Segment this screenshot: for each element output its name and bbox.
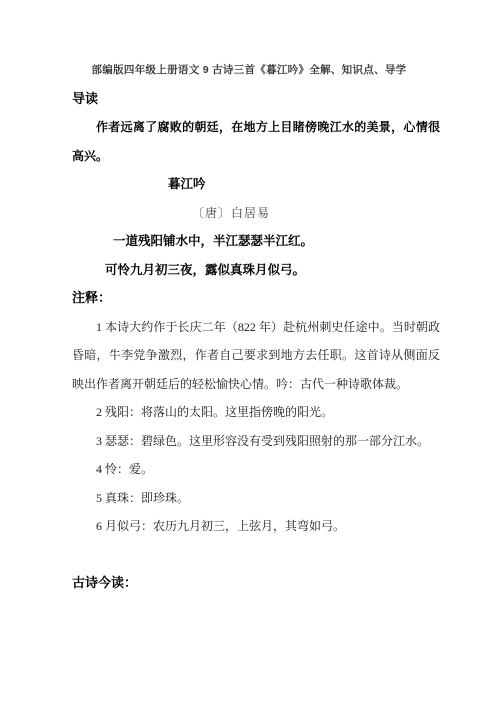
note-item: 4 怜：爱。 [72,455,440,484]
poem-title: 暮江吟 [168,170,440,199]
document-title: 部编版四年级上册语文 9 古诗三首《暮江吟》全解、知识点、导学 [58,56,440,85]
poem-author: 〔唐〕白居易 [192,199,440,228]
notes-heading: 注释： [72,284,440,313]
note-item: 3 瑟瑟：碧绿色。这里形容没有受到残阳照射的那一部分江水。 [72,427,440,456]
note-item: 1 本诗大约作于长庆二年（822 年）赴杭州刺史任途中。当时朝政昏暗，牛李党争激… [72,313,440,399]
document-page: 部编版四年级上册语文 9 古诗三首《暮江吟》全解、知识点、导学 导读 作者远离了… [0,0,496,702]
poem-line: 一道残阳铺水中，半江瑟瑟半江红。 [113,227,440,256]
intro-paragraph: 作者远离了腐败的朝廷，在地方上目睹傍晚江水的美景，心情很高兴。 [72,113,440,170]
poem-block: 暮江吟 〔唐〕白居易 一道残阳铺水中，半江瑟瑟半江红。 可怜九月初三夜，露似真珠… [72,170,440,284]
poem-line: 可怜九月初三夜，露似真珠月似弓。 [105,256,440,285]
note-item: 5 真珠：即珍珠。 [72,484,440,513]
reading-heading: 古诗今读： [72,569,440,598]
note-item: 6 月似弓：农历九月初三，上弦月，其弯如弓。 [72,512,440,541]
intro-heading: 导读 [72,85,440,114]
note-item: 2 残阳：将落山的太阳。这里指傍晚的阳光。 [72,398,440,427]
